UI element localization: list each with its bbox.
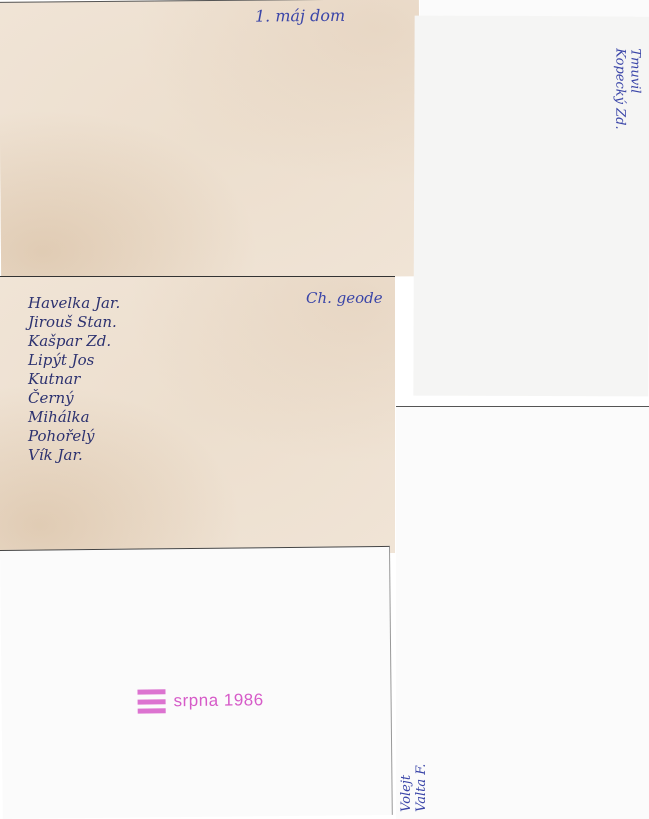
- vertical-inscription: Volejt Valta F.: [399, 764, 429, 812]
- name-list: Havelka Jar. Jirouš Stan. Kašpar Zd. Lip…: [28, 294, 120, 465]
- vertical-inscription: Tmuvil Kopecký Zd.: [612, 48, 642, 129]
- date-stamp: srpna 1986: [137, 688, 263, 713]
- name-entry: Pohořelý: [28, 427, 120, 446]
- background-strip: [420, 0, 649, 16]
- stamp-logo-icon: [137, 689, 165, 713]
- photo-back-middle-left: Ch. geode Havelka Jar. Jirouš Stan. Kašp…: [0, 276, 395, 553]
- name-entry: Jirouš Stan.: [28, 313, 120, 332]
- photo-back-top-left: 1. máj dom: [0, 0, 421, 280]
- handwritten-inscription: 1. máj dom: [255, 6, 345, 26]
- handwritten-line: Volejt: [399, 764, 414, 812]
- photo-back-top-right: Tmuvil Kopecký Zd.: [413, 16, 649, 397]
- name-entry: Havelka Jar.: [28, 294, 120, 313]
- handwritten-heading: Ch. geode: [306, 289, 383, 307]
- handwritten-line: Kopecký Zd.: [612, 48, 627, 129]
- photo-back-bottom-left: srpna 1986: [0, 546, 393, 819]
- handwritten-line: Valta F.: [414, 764, 429, 812]
- stamp-date-text: srpna 1986: [173, 690, 263, 711]
- name-entry: Vík Jar.: [28, 446, 120, 465]
- name-entry: Kutnar: [28, 370, 120, 389]
- name-entry: Lipýt Jos: [28, 351, 120, 370]
- handwritten-line: Tmuvil: [627, 48, 642, 129]
- photo-back-middle-right: Volejt Valta F.: [396, 406, 649, 819]
- name-entry: Mihálka: [28, 408, 120, 427]
- name-entry: Kašpar Zd.: [28, 332, 120, 351]
- name-entry: Černý: [28, 389, 120, 408]
